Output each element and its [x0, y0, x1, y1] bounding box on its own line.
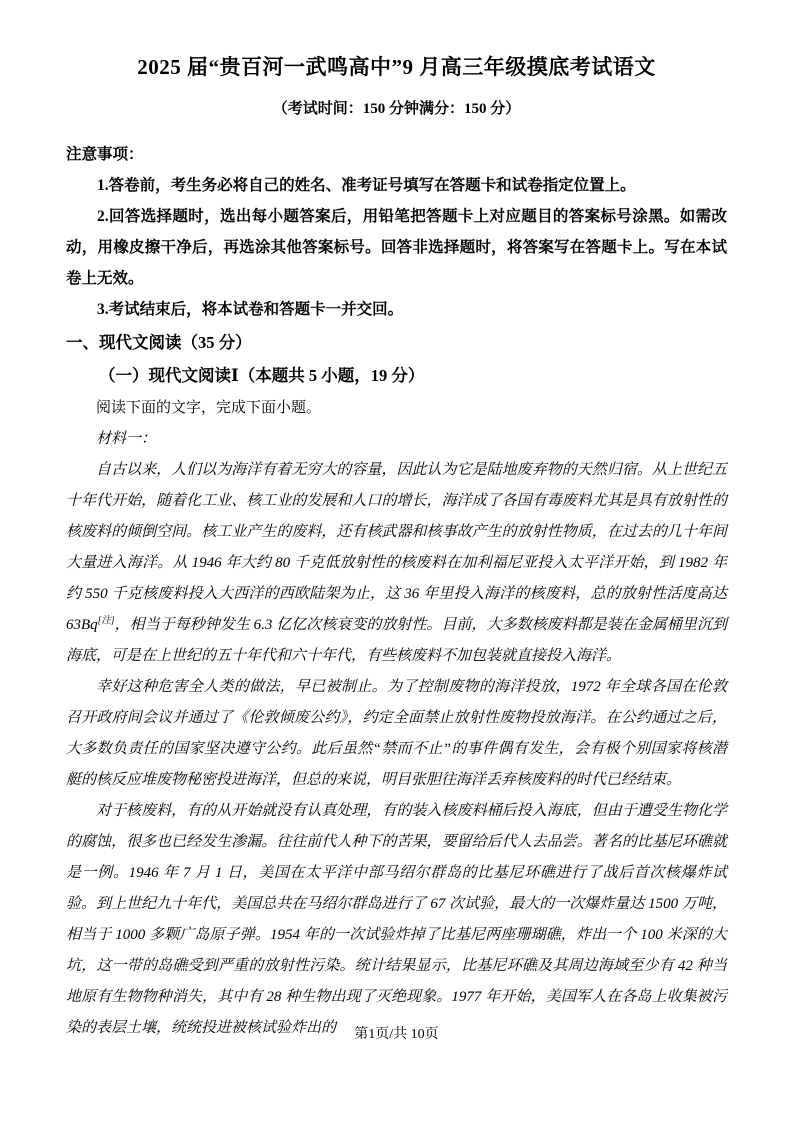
- paper-title: 2025 届“贵百河一武鸣高中”9 月高三年级摸底考试语文: [66, 52, 727, 82]
- material-1-paragraph-3: 对于核废料，有的从开始就没有认真处理，有的装入核废料桶后投入海底，但由于遭受生物…: [66, 796, 727, 1044]
- notice-item-1: 1.答卷前，考生务必将自己的姓名、准考证号填写在答题卡和试卷指定位置上。: [66, 170, 727, 201]
- material-1-paragraph-1: 自古以来，人们以为海洋有着无穷大的容量，因此认为它是陆地废弃物的天然归宿。从上世…: [66, 455, 727, 672]
- section-heading-modern-reading: 一、现代文阅读（35 分）: [66, 326, 727, 359]
- exam-paper-page: 2025 届“贵百河一武鸣高中”9 月高三年级摸底考试语文 （考试时间：150 …: [0, 0, 793, 1122]
- footnote-marker: [注]: [98, 616, 115, 626]
- reading-instruction: 阅读下面的文字，完成下面小题。: [66, 393, 727, 424]
- notice-item-2: 2.回答选择题时，选出每小题答案后，用铅笔把答题卡上对应题目的答案标号涂黑。如需…: [66, 201, 727, 294]
- material-1-label: 材料一：: [66, 424, 727, 455]
- material-1-paragraph-1-text-a: 自古以来，人们以为海洋有着无穷大的容量，因此认为它是陆地废弃物的天然归宿。从上世…: [66, 462, 727, 633]
- subsection-heading-reading-1: （一）现代文阅读Ⅰ（本题共 5 小题，19 分）: [66, 359, 727, 393]
- paper-subtitle: （考试时间：150 分钟满分：150 分）: [66, 98, 727, 120]
- material-1-paragraph-1-text-b: ，相当于每秒钟发生 6.3 亿亿次核衰变的放射性。目前，大多数核废料都是装在金属…: [66, 617, 727, 664]
- page-number-indicator: 第1页/共 10页: [0, 1024, 793, 1046]
- material-1-paragraph-2: 幸好这种危害全人类的做法，早已被制止。为了控制废物的海洋投放，1972 年全球各…: [66, 672, 727, 796]
- notice-heading: 注意事项：: [66, 140, 727, 170]
- notice-item-3: 3.考试结束后，将本试卷和答题卡一并交回。: [66, 294, 727, 325]
